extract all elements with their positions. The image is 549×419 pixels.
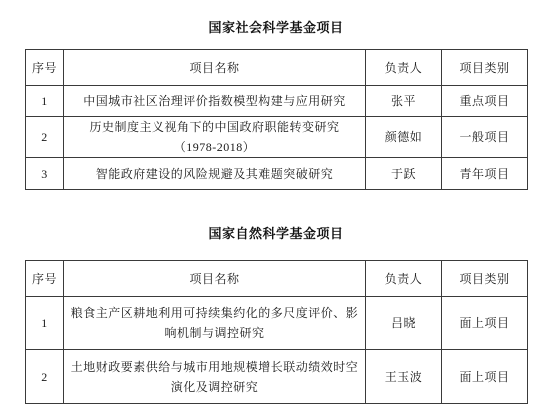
cell-leader: 吕晓 [366, 297, 442, 350]
cell-project-name: 土地财政要素供给与城市用地规模增长联动绩效时空演化及调控研究 [64, 350, 366, 404]
table-row: 3 智能政府建设的风险规避及其难题突破研究 于跃 青年项目 [26, 158, 528, 190]
table-row: 1 中国城市社区治理评价指数模型构建与应用研究 张平 重点项目 [26, 86, 528, 117]
section-title-natural-science: 国家自然科学基金项目 [25, 190, 527, 242]
col-header-leader: 负责人 [366, 261, 442, 297]
cell-project-name: 中国城市社区治理评价指数模型构建与应用研究 [64, 86, 366, 117]
cell-no: 3 [26, 158, 64, 190]
cell-category: 一般项目 [442, 117, 528, 158]
col-header-leader: 负责人 [366, 50, 442, 86]
cell-leader: 王玉波 [366, 350, 442, 404]
cell-category: 面上项目 [442, 350, 528, 404]
cell-leader: 张平 [366, 86, 442, 117]
cell-leader: 颜德如 [366, 117, 442, 158]
section-title-social-science: 国家社会科学基金项目 [25, 0, 527, 36]
table-body: 1 粮食主产区耕地利用可持续集约化的多尺度评价、影响机制与调控研究 吕晓 面上项… [26, 297, 528, 404]
col-header-category: 项目类别 [442, 50, 528, 86]
header-row: 序号 项目名称 负责人 项目类别 [26, 261, 528, 297]
cell-no: 2 [26, 350, 64, 404]
col-header-category: 项目类别 [442, 261, 528, 297]
document-page: 国家社会科学基金项目 序号 项目名称 负责人 项目类别 1 中国城市社区治理评价… [0, 0, 549, 419]
cell-category: 重点项目 [442, 86, 528, 117]
table-header: 序号 项目名称 负责人 项目类别 [26, 261, 528, 297]
table-row: 2 土地财政要素供给与城市用地规模增长联动绩效时空演化及调控研究 王玉波 面上项… [26, 350, 528, 404]
table-row: 2 历史制度主义视角下的中国政府职能转变研究（1978-2018） 颜德如 一般… [26, 117, 528, 158]
col-header-project-name: 项目名称 [64, 261, 366, 297]
table-body: 1 中国城市社区治理评价指数模型构建与应用研究 张平 重点项目 2 历史制度主义… [26, 86, 528, 190]
cell-project-name: 粮食主产区耕地利用可持续集约化的多尺度评价、影响机制与调控研究 [64, 297, 366, 350]
natural-science-projects-table: 序号 项目名称 负责人 项目类别 1 粮食主产区耕地利用可持续集约化的多尺度评价… [25, 260, 528, 404]
cell-no: 1 [26, 297, 64, 350]
col-header-project-name: 项目名称 [64, 50, 366, 86]
cell-leader: 于跃 [366, 158, 442, 190]
cell-category: 面上项目 [442, 297, 528, 350]
section-social-science-fund: 国家社会科学基金项目 序号 项目名称 负责人 项目类别 1 中国城市社区治理评价… [0, 0, 549, 190]
section-natural-science-fund: 国家自然科学基金项目 序号 项目名称 负责人 项目类别 1 粮食主产区耕地利用可… [0, 190, 549, 404]
cell-project-name: 历史制度主义视角下的中国政府职能转变研究（1978-2018） [64, 117, 366, 158]
cell-category: 青年项目 [442, 158, 528, 190]
col-header-no: 序号 [26, 261, 64, 297]
header-row: 序号 项目名称 负责人 项目类别 [26, 50, 528, 86]
table-header: 序号 项目名称 负责人 项目类别 [26, 50, 528, 86]
cell-no: 1 [26, 86, 64, 117]
table-row: 1 粮食主产区耕地利用可持续集约化的多尺度评价、影响机制与调控研究 吕晓 面上项… [26, 297, 528, 350]
cell-project-name: 智能政府建设的风险规避及其难题突破研究 [64, 158, 366, 190]
social-science-projects-table: 序号 项目名称 负责人 项目类别 1 中国城市社区治理评价指数模型构建与应用研究… [25, 49, 528, 190]
cell-no: 2 [26, 117, 64, 158]
col-header-no: 序号 [26, 50, 64, 86]
